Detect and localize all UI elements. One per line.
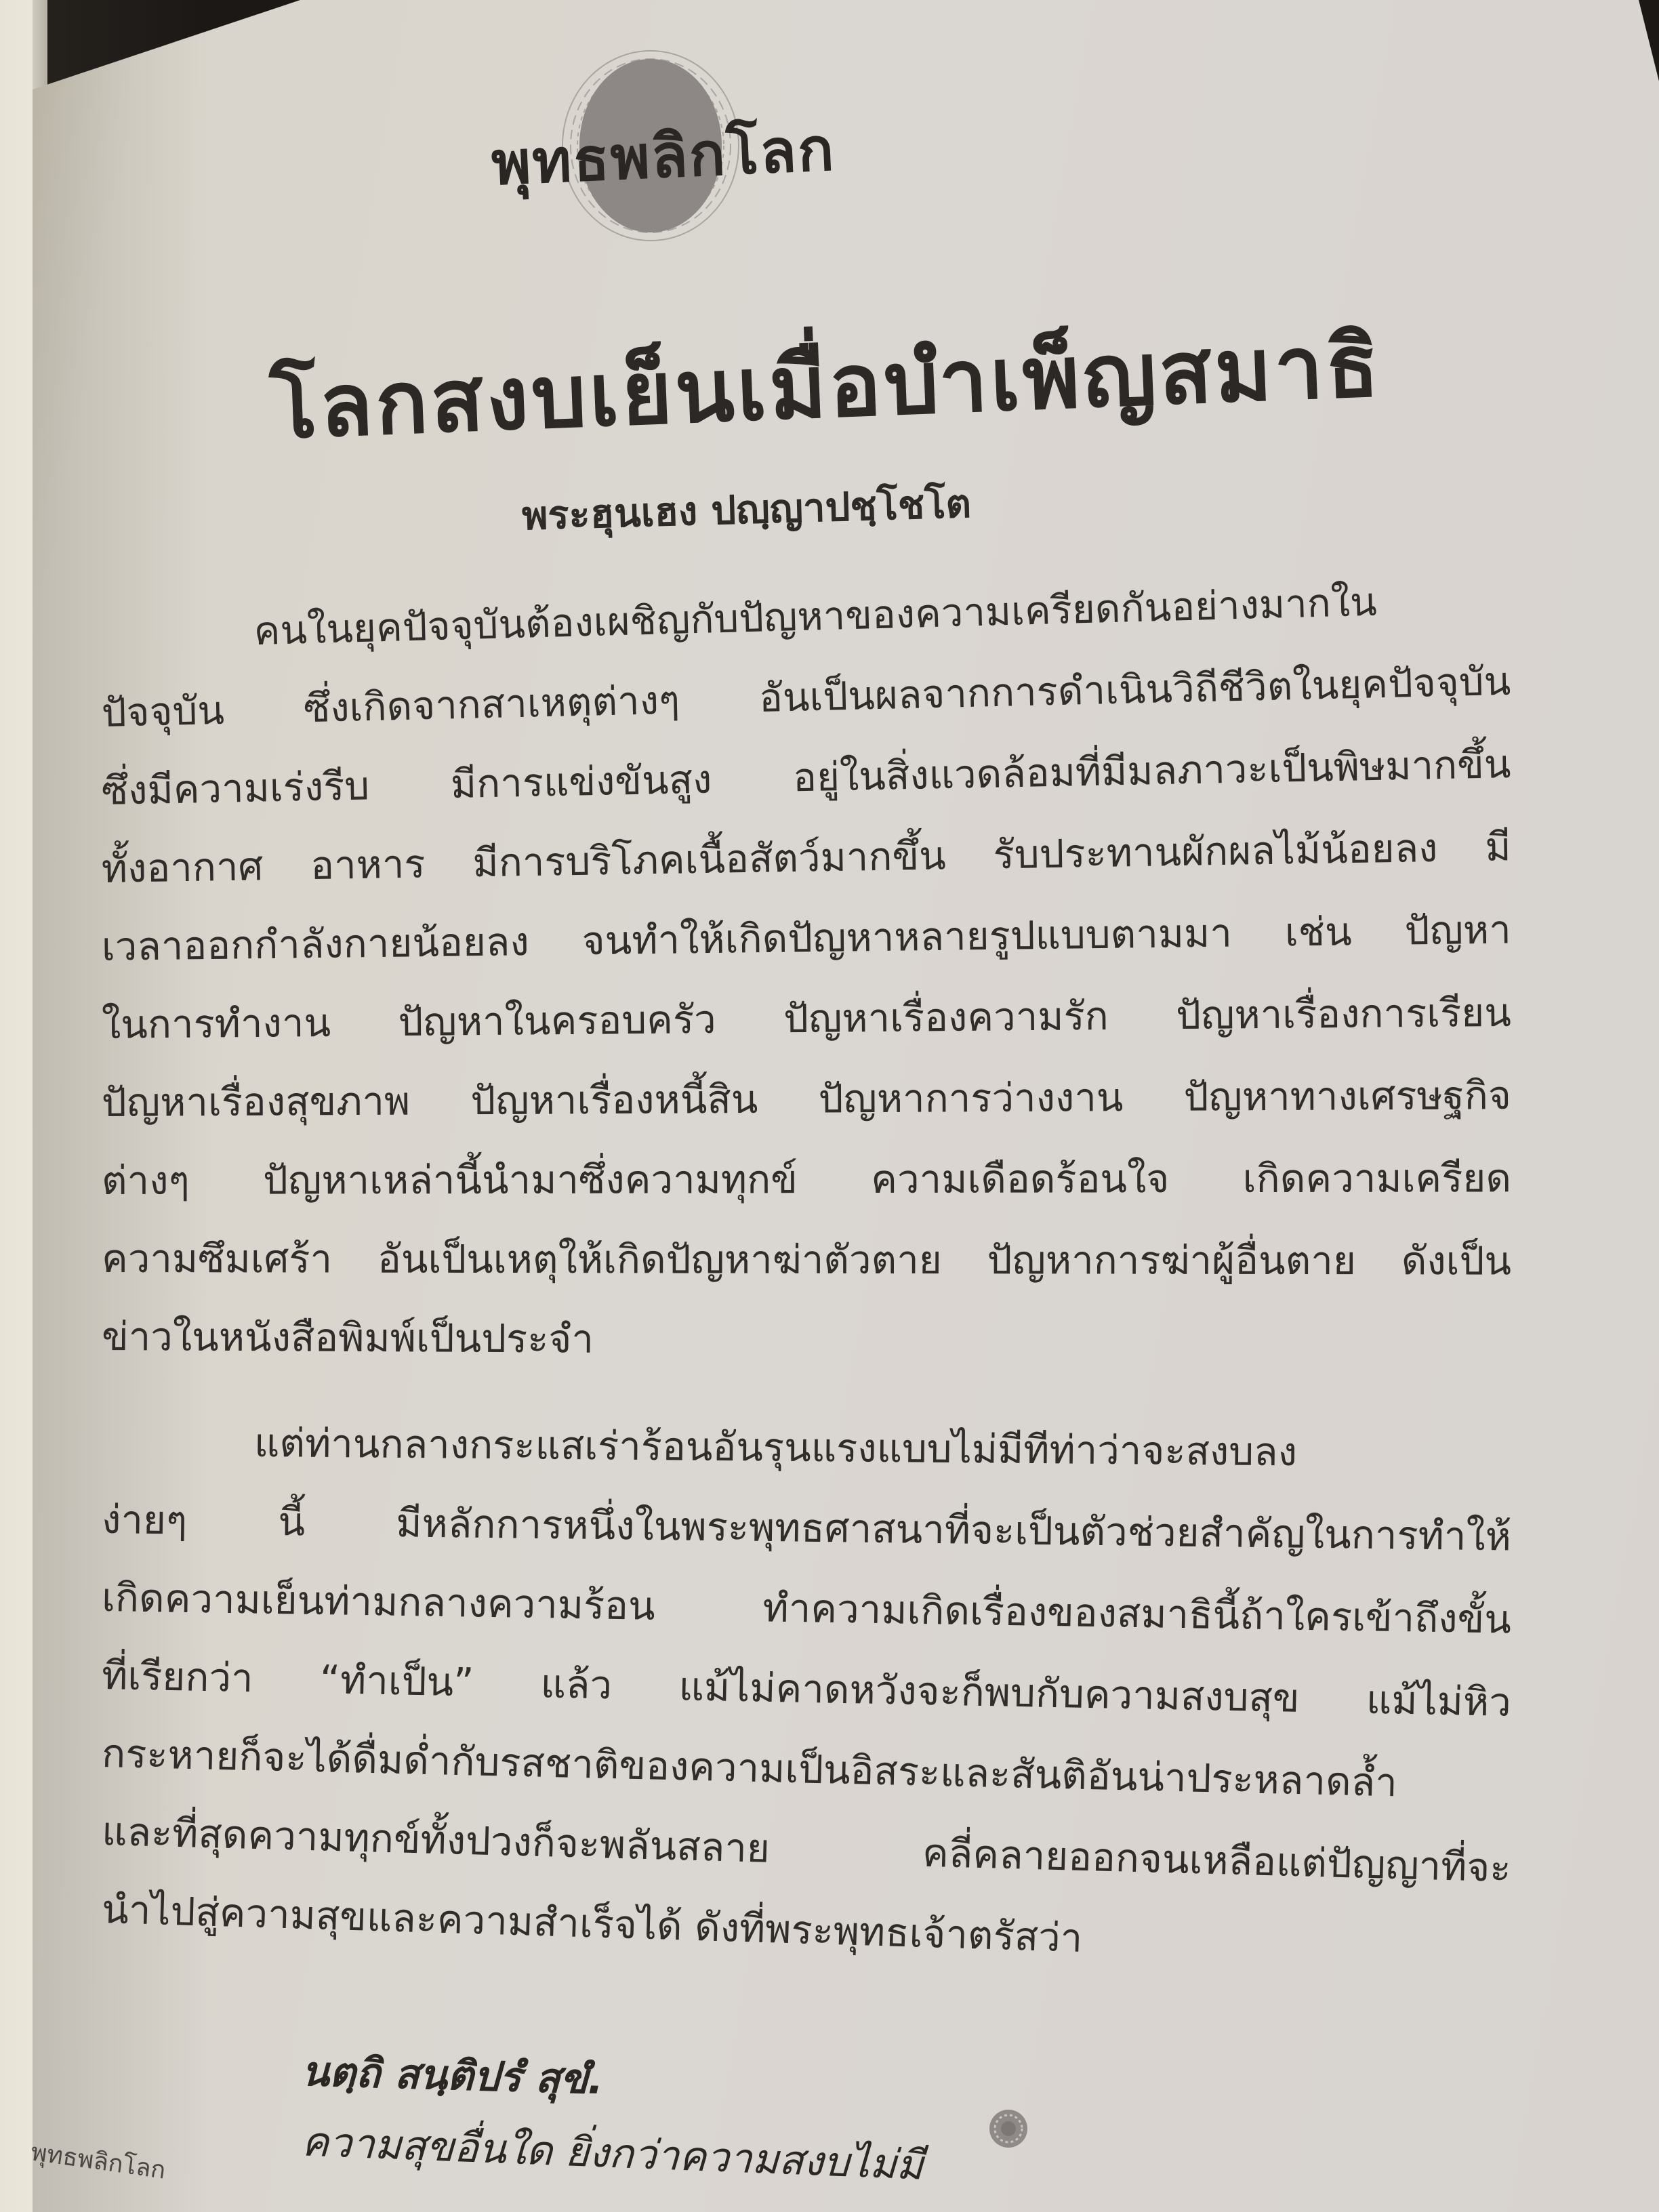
paragraph-line: ปัญหาเรื่องสุขภาพ ปัญหาเรื่องหนี้สิน ปัญ…: [102, 1063, 1512, 1149]
paragraph-line: ข่าวในหนังสือพิมพ์เป็นประจำ: [102, 1305, 1512, 1390]
paragraph-line: ต่างๆ ปัญหาเหล่านี้นำมาซึ่งความทุกข์ ควา…: [102, 1146, 1511, 1227]
paragraph-line: ความซึมเศร้า อันเป็นเหตุให้เกิดปัญหาฆ่าต…: [102, 1227, 1511, 1307]
paragraph-line: ในการทำงาน ปัญหาในครอบครัว ปัญหาเรื่องคว…: [101, 981, 1511, 1071]
paragraph-line: เวลาออกกำลังกายน้อยลง จนทำให้เกิดปัญหาหล…: [101, 898, 1511, 993]
section-label: พุทธพลิกโลก: [489, 101, 837, 211]
article-author: พระฮุนเฮง ปญฺญาปชฺโชโต: [521, 472, 972, 547]
paragraph-line: แต่ท่านกลางกระแสเร่าร้อนอันรุนแรงแบบไม่ม…: [101, 1410, 1511, 1500]
article-body: คนในยุคปัจจุบันต้องเผชิญกับปัญหาของความเ…: [102, 603, 1511, 1955]
pali-quote: นตฺถิ สนฺติปรํ สุขํ.: [301, 2039, 605, 2112]
end-mark-ornament-icon: [988, 2108, 1029, 2149]
